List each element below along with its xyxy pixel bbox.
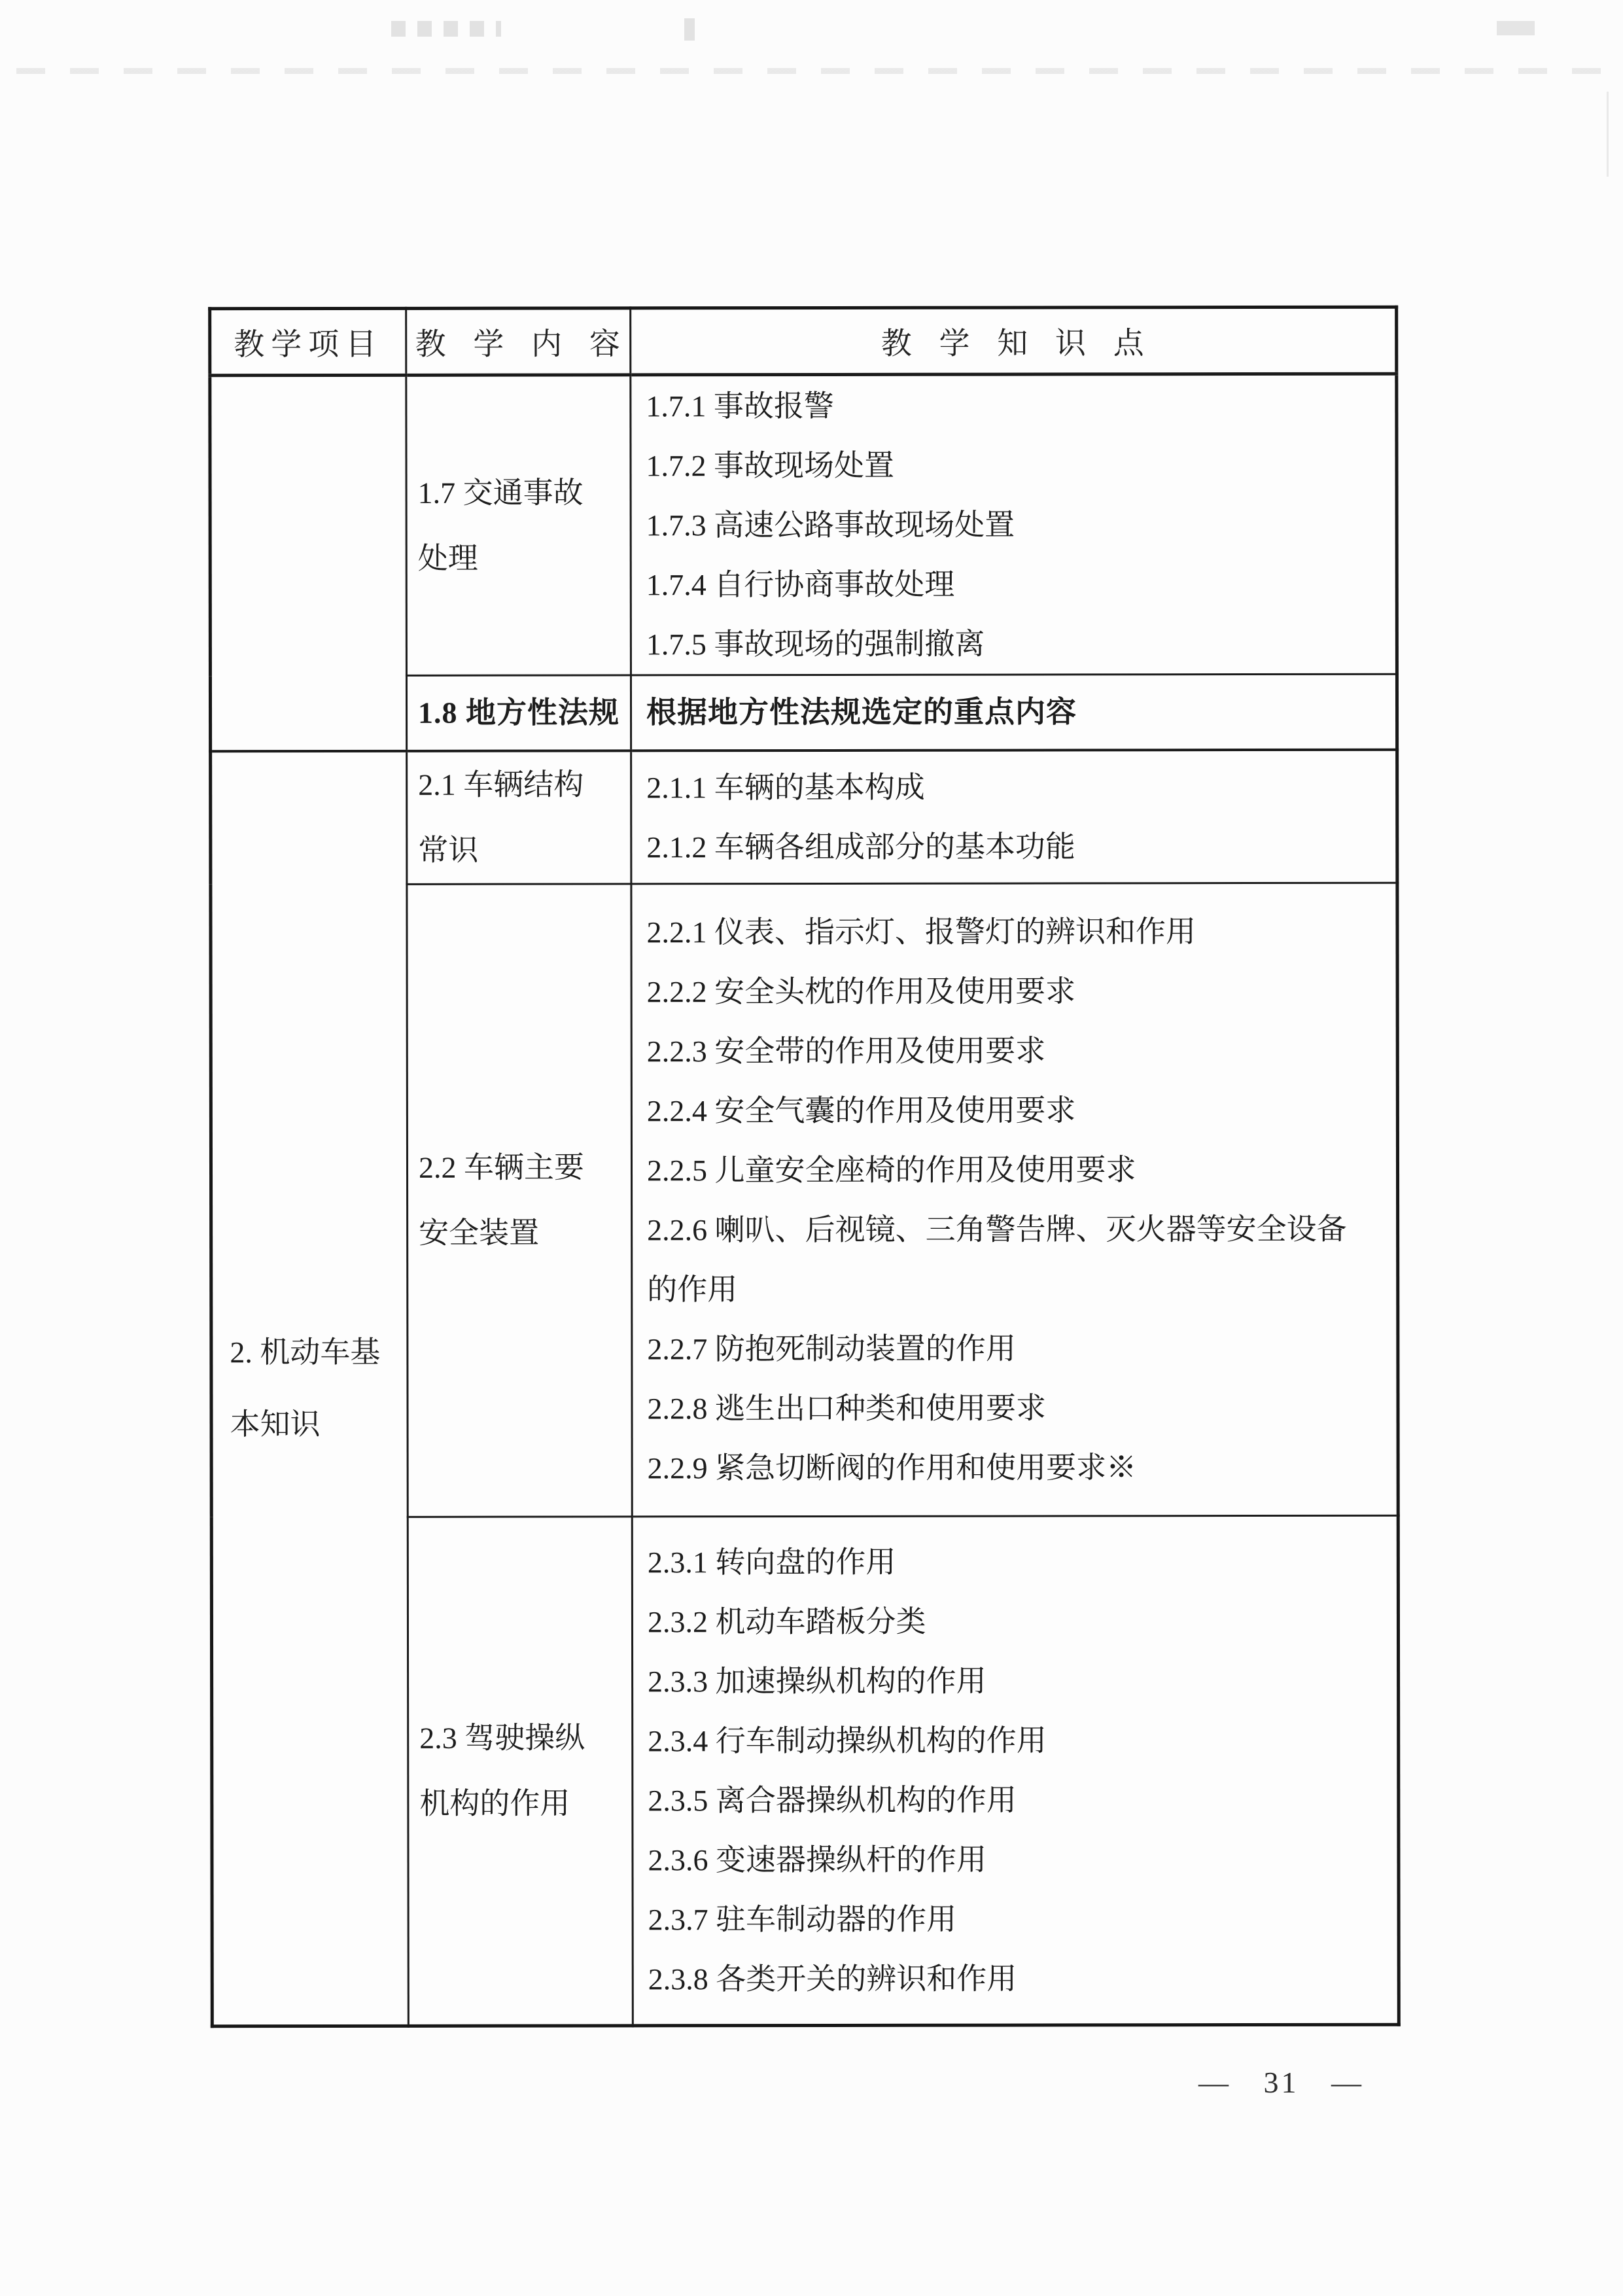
knowledge-point-line: 2.3.4 行车制动操纵机构的作用 — [633, 1710, 1397, 1771]
knowledge-point-line: 2.3.7 驻车制动器的作用 — [634, 1888, 1397, 1949]
scan-artifact-mark — [684, 18, 695, 41]
cell-project-section2: 2. 机动车基 本知识 — [211, 751, 409, 2026]
table-header-row: 教学项目 教 学 内 容 教 学 知 识 点 — [210, 307, 1397, 376]
knowledge-point-line: 1.7.4 自行协商事故处理 — [632, 554, 1395, 615]
content-label-line: 2.3 驾驶操纵 — [409, 1705, 631, 1771]
knowledge-point-line: 2.3.8 各类开关的辨识和作用 — [634, 1948, 1397, 2009]
knowledge-point-line: 2.2.7 防抱死制动装置的作用 — [633, 1318, 1396, 1379]
knowledge-point-line: 1.7.5 事故现场的强制撤离 — [632, 614, 1395, 675]
cell-points-2-3: 2.3.1 转向盘的作用 2.3.2 机动车踏板分类 2.3.3 加速操纵机构的… — [632, 1515, 1399, 2026]
knowledge-point-line: 2.3.1 转向盘的作用 — [633, 1531, 1397, 1592]
project-label-line: 2. 机动车基 — [213, 1316, 406, 1388]
content-label-line: 2.1 车辆结构 — [408, 752, 630, 817]
knowledge-point-line: 2.2.6 喇叭、后视镜、三角警告牌、灭火器等安全设备 — [633, 1199, 1396, 1260]
content-label-line: 1.8 地方性法规 — [408, 680, 630, 745]
content-label-line: 常识 — [408, 817, 630, 883]
knowledge-point-line: 根据地方性法规选定的重点内容 — [632, 682, 1395, 743]
cell-content-2-1: 2.1 车辆结构 常识 — [407, 751, 631, 884]
knowledge-point-line: 1.7.2 事故现场处置 — [631, 435, 1395, 496]
cell-content-1-8: 1.8 地方性法规 — [406, 675, 631, 751]
content-label-line: 处理 — [408, 525, 630, 591]
cell-points-2-2: 2.2.1 仪表、指示灯、报警灯的辨识和作用 2.2.2 安全头枕的作用及使用要… — [631, 883, 1398, 1517]
knowledge-point-line: 1.7.3 高速公路事故现场处置 — [632, 495, 1395, 556]
scan-artifact-mark — [1497, 21, 1535, 35]
knowledge-point-line: 1.7.1 事故报警 — [631, 376, 1395, 436]
cell-points-1-8: 根据地方性法规选定的重点内容 — [631, 674, 1397, 751]
knowledge-point-line: 2.2.4 安全气囊的作用及使用要求 — [633, 1080, 1396, 1140]
knowledge-point-line: 2.2.5 儿童安全座椅的作用及使用要求 — [633, 1139, 1396, 1200]
scan-artifact-mark — [391, 21, 501, 37]
cell-points-2-1: 2.1.1 车辆的基本构成 2.1.2 车辆各组成部分的基本功能 — [631, 749, 1397, 883]
knowledge-point-line-continuation: 的作用 — [633, 1258, 1396, 1319]
cell-content-2-3: 2.3 驾驶操纵 机构的作用 — [408, 1516, 633, 2025]
cell-project-section1-empty — [210, 375, 407, 751]
cell-points-1-7: 1.7.1 事故报警 1.7.2 事故现场处置 1.7.3 高速公路事故现场处置… — [631, 374, 1397, 675]
content-label-line: 2.2 车辆主要 — [408, 1135, 631, 1200]
table-row-2-1: 2. 机动车基 本知识 2.1 车辆结构 常识 2.1.1 车辆的基本构成 2.… — [211, 749, 1397, 884]
knowledge-point-line: 2.3.5 离合器操纵机构的作用 — [633, 1769, 1397, 1830]
content-label-line: 机构的作用 — [409, 1771, 631, 1836]
col-header-teaching-project: 教学项目 — [210, 308, 406, 375]
knowledge-point-line: 2.1.2 车辆各组成部分的基本功能 — [632, 816, 1395, 877]
knowledge-point-line: 2.3.6 变速器操纵杆的作用 — [633, 1829, 1397, 1890]
cell-content-2-2: 2.2 车辆主要 安全装置 — [407, 883, 632, 1516]
scan-artifact-dash-band — [16, 68, 1606, 74]
knowledge-point-line: 2.2.9 紧急切断阀的作用和使用要求※ — [633, 1437, 1397, 1498]
content-label-line: 1.7 交通事故 — [407, 460, 629, 525]
col-header-teaching-content: 教 学 内 容 — [406, 308, 631, 375]
knowledge-point-line: 2.2.2 安全头枕的作用及使用要求 — [633, 961, 1396, 1021]
cell-content-1-7: 1.7 交通事故 处理 — [406, 375, 631, 675]
project-label-line: 本知识 — [213, 1388, 406, 1460]
content-label-line: 安全装置 — [408, 1200, 631, 1265]
scan-artifact-edge-line — [1607, 92, 1609, 177]
col-header-teaching-knowledge-points: 教 学 知 识 点 — [631, 307, 1397, 375]
knowledge-point-line: 2.2.1 仪表、指示灯、报警灯的辨识和作用 — [632, 901, 1395, 962]
page-number: — 31 — — [1198, 2065, 1364, 2100]
table-row-1-7: 1.7 交通事故 处理 1.7.1 事故报警 1.7.2 事故现场处置 1.7.… — [210, 374, 1397, 676]
knowledge-point-line: 2.3.2 机动车踏板分类 — [633, 1591, 1397, 1651]
knowledge-point-line: 2.1.1 车辆的基本构成 — [632, 756, 1395, 817]
scanned-page: 教学项目 教 学 内 容 教 学 知 识 点 1.7 交通事故 处理 1.7.1… — [0, 0, 1623, 2296]
knowledge-point-line: 2.2.3 安全带的作用及使用要求 — [633, 1020, 1396, 1081]
curriculum-table: 教学项目 教 学 内 容 教 学 知 识 点 1.7 交通事故 处理 1.7.1… — [208, 306, 1401, 2028]
knowledge-point-line: 2.2.8 逃生出口种类和使用要求 — [633, 1377, 1396, 1438]
knowledge-point-line: 2.3.3 加速操纵机构的作用 — [633, 1650, 1397, 1711]
